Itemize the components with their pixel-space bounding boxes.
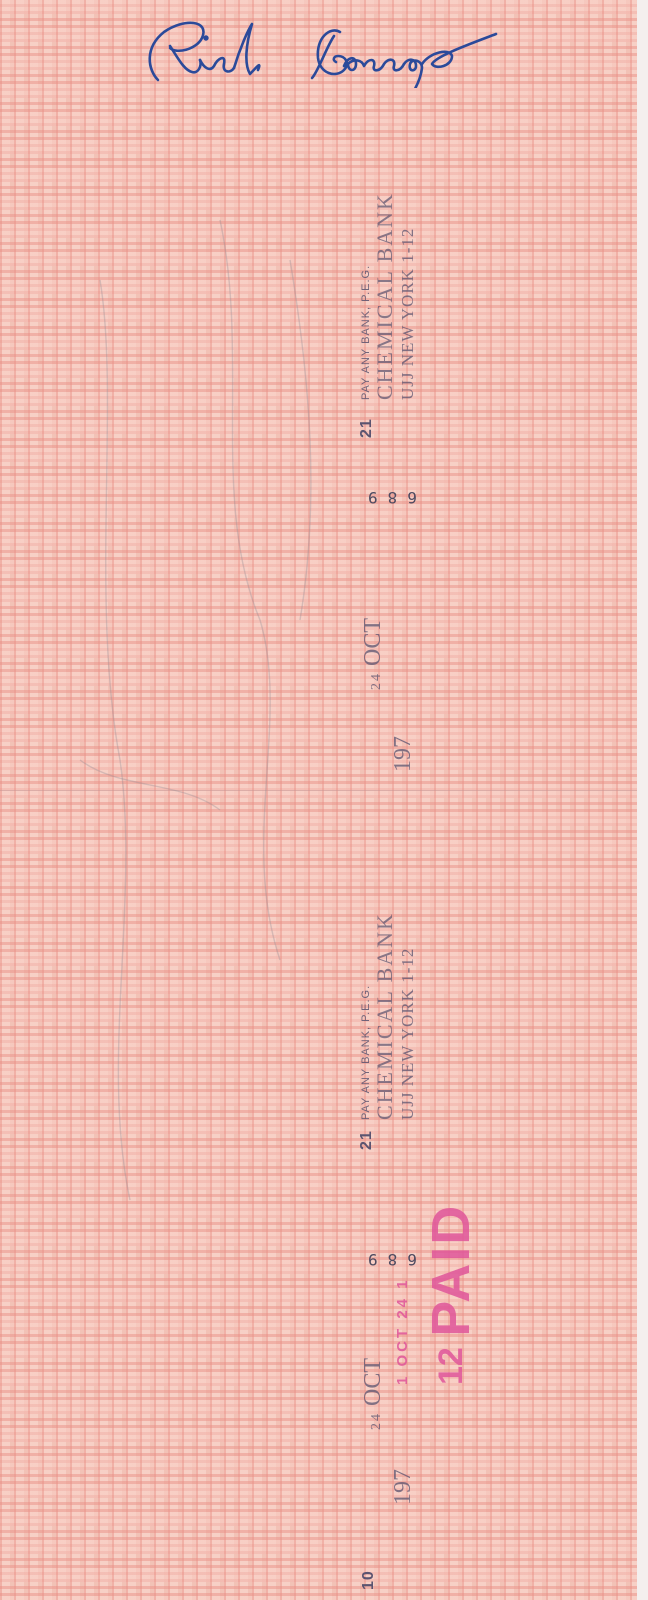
paid-number: 12 — [432, 1347, 471, 1385]
endorsement-signature: Rich Gossage — [140, 8, 500, 88]
date-year-upper: 197 — [390, 736, 417, 772]
date-stamp-lower: 24 OCT — [360, 1358, 387, 1430]
fold-crease — [0, 790, 637, 791]
stamp-bank-location: UJJ NEW YORK 1-12 — [398, 192, 418, 400]
paid-label: PAID — [420, 1204, 482, 1337]
stamp-code-lower: 21 — [358, 1130, 376, 1150]
date-month: OCT — [360, 1358, 386, 1406]
stamp-pay-any-bank: PAY ANY BANK, P.E.G. — [360, 192, 372, 400]
stamp-pay-any-bank: PAY ANY BANK, P.E.G. — [360, 912, 372, 1120]
stamp-bank-location: UJJ NEW YORK 1-12 — [398, 912, 418, 1120]
paid-stamp: 1 OCT 24 1 12 PAID — [420, 1204, 482, 1385]
date-day: 24 — [369, 672, 384, 690]
stamp-code-upper: 21 — [358, 418, 376, 438]
date-year-lower: 197 — [390, 1469, 417, 1505]
bank-endorsement-stamp-upper: PAY ANY BANK, P.E.G. CHEMICAL BANK UJJ N… — [360, 192, 418, 400]
stamp-code-bottom: 10 — [360, 1570, 378, 1590]
date-day: 24 — [369, 1412, 384, 1430]
date-stamp-upper: 24 OCT — [360, 618, 387, 690]
date-month: OCT — [360, 618, 386, 666]
bank-endorsement-stamp-lower: PAY ANY BANK, P.E.G. CHEMICAL BANK UJJ N… — [360, 912, 418, 1120]
stamp-bank-name: CHEMICAL BANK — [372, 912, 398, 1120]
paid-date: 1 OCT 24 1 — [394, 1277, 411, 1385]
check-paper — [0, 0, 637, 1600]
stamp-bank-name: CHEMICAL BANK — [372, 192, 398, 400]
sequence-number-upper: 689 — [358, 488, 417, 507]
sequence-number-lower: 689 — [358, 1250, 417, 1269]
